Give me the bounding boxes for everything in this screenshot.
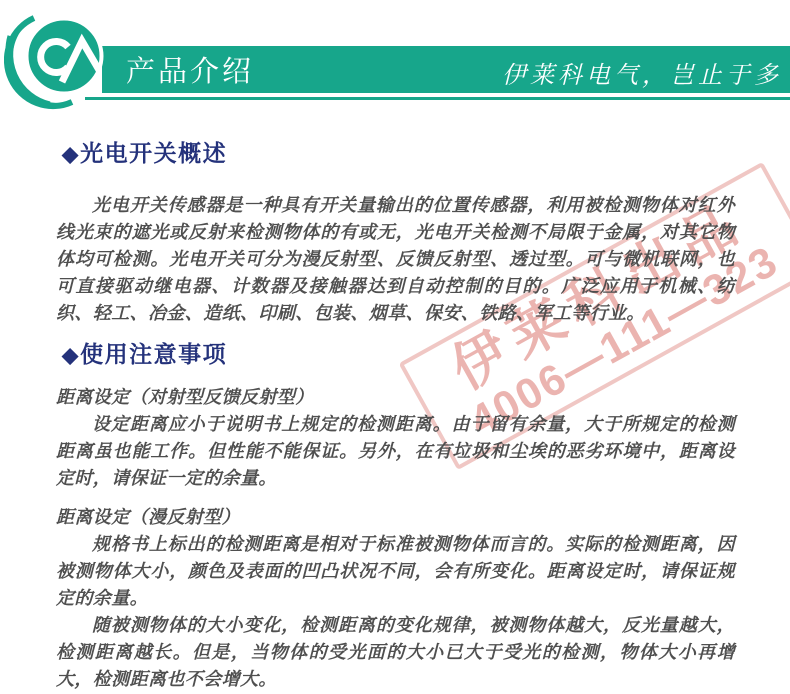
diamond-bullet-icon: ◆ — [62, 344, 80, 367]
subsection-title: 距离设定（对射型反馈反射型） — [56, 384, 735, 411]
subsection-paragraph: 设定距离应小于说明书上规定的检测距离。由于留有余量，大于所规定的检测距离虽也能工… — [56, 411, 735, 492]
section-heading-precautions-label: 使用注意事项 — [80, 341, 227, 367]
section-heading-precautions: ◆使用注意事项 — [56, 339, 735, 371]
brand-tagline: 伊莱科电气，岂止于多 — [502, 55, 782, 90]
subsection-paragraph: 规格书上标出的检测距离是相对于标准被测物体而言的。实际的检测距离，因被测物体大小… — [56, 531, 735, 612]
subsection-title: 距离设定（漫反射型） — [56, 504, 735, 531]
ca-logo-icon — [4, 10, 126, 116]
overview-paragraph: 光电开关传感器是一种具有开关量输出的位置传感器，利用被检测物体对红外线光束的遮光… — [56, 192, 735, 327]
subsection-distance-diffuse: 距离设定（漫反射型） 规格书上标出的检测距离是相对于标准被测物体而言的。实际的检… — [56, 504, 735, 693]
diamond-bullet-icon: ◆ — [62, 143, 80, 166]
subsection-distance-through-beam: 距离设定（对射型反馈反射型） 设定距离应小于说明书上规定的检测距离。由于留有余量… — [56, 384, 735, 492]
section-heading-overview: ◆光电开关概述 — [56, 138, 735, 170]
brand-logo — [4, 10, 126, 121]
section-heading-overview-label: 光电开关概述 — [80, 140, 227, 166]
content-area: ◆光电开关概述 光电开关传感器是一种具有开关量输出的位置传感器，利用被检测物体对… — [56, 100, 735, 693]
subsection-paragraph: 随被测物体的大小变化，检测距离的变化规律，被测物体越大，反光量越大，检测距离越长… — [56, 612, 735, 693]
